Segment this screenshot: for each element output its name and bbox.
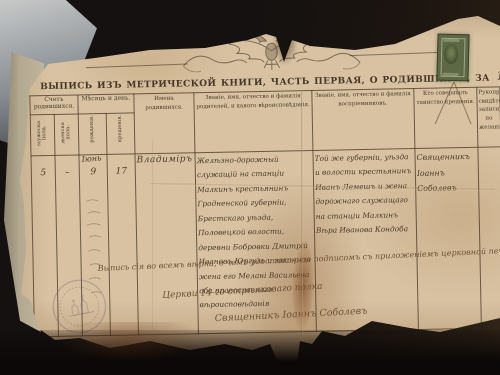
vertical-fold-crease [301,92,303,337]
top-tear-stain [272,36,298,66]
header-date-baptism: крещенія. [106,113,135,155]
photo-frame: ВЫПИСЬ ИЗЪ МЕТРИЧЕСКОЙ КНИГИ, ЧАСТЬ ПЕРВ… [0,0,500,375]
cell-priest: Священникъ Іоаннъ Соболевъ [415,147,481,329]
center-bottom-stain [284,225,322,346]
header-witnesses: Рукоприкладство свидѣтелей записи по жел… [477,87,500,147]
bottom-warm-blotch [55,322,205,362]
header-rule-left [86,63,188,68]
stamp-bottom-label [443,73,459,76]
header-date-birth: рожденія. [78,113,107,155]
header-date-group: Мѣсяцъ и день. [78,94,134,114]
title-year-handwritten: 1912 [494,68,500,83]
header-count-group: Счетъ родившихся. [30,95,78,115]
header-count-male: Мужеска пола. [30,114,55,155]
header-godparents: Званіе, имя, отчество и фамилія воспріем… [312,89,415,151]
header-names: Имена родившихся. [134,93,195,154]
cell-name: Владиміръ [135,153,198,335]
cell-godparents: Той же губерніи, уѣзда и волости крестья… [313,149,418,332]
cell-witnesses [478,147,500,328]
stamp-top-label [443,39,459,42]
month-entry: Іюнь [81,153,102,164]
header-count-female: Женска пола. [54,114,79,155]
header-parents: Званіе, имя, отчество и фамилія родителе… [194,90,313,152]
vertical-fold-crease-left [152,140,154,330]
cell-baptism-day: 17 [107,154,138,336]
revenue-stamp-icon [436,34,469,82]
